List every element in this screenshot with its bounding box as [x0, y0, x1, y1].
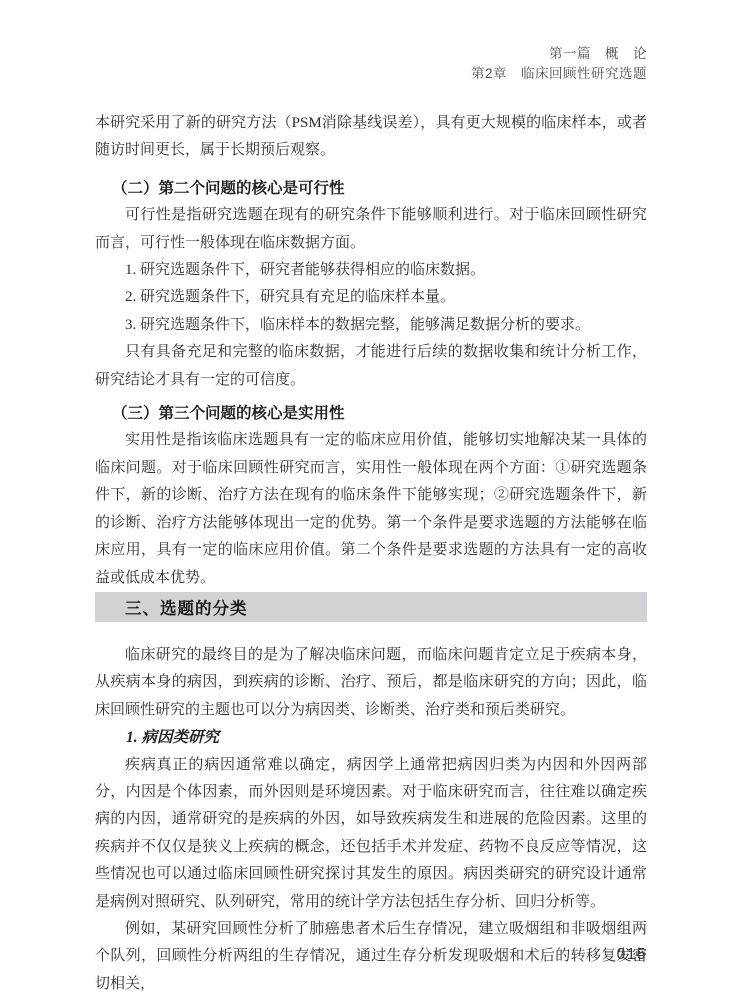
feasibility-conclusion-paragraph: 只有具备充足和完整的临床数据，才能进行后续的数据收集和统计分析工作，研究结论才具…	[95, 339, 647, 394]
heading-practicality: （三）第三个问题的核心是实用性	[95, 400, 647, 427]
continuation-paragraph: 本研究采用了新的研究方法（PSM消除基线误差），具有更大规模的临床样本，或者随访…	[95, 110, 647, 165]
practicality-paragraph: 实用性是指该临床选题具有一定的临床应用价值，能够切实地解决某一具体的临床问题。对…	[95, 427, 647, 591]
running-header-part: 第一篇 概 论	[95, 44, 647, 64]
feasibility-intro-paragraph: 可行性是指研究选题在现有的研究条件下能够顺利进行。对于临床回顾性研究而言，可行性…	[95, 202, 647, 257]
classification-intro-paragraph: 临床研究的最终目的是为了解决临床问题，而临床问题肯定立足于疾病本身，从疾病本身的…	[95, 642, 647, 724]
section-banner: 三、选题的分类	[95, 592, 647, 622]
heading-etiology-research: 1. 病因类研究	[95, 724, 647, 751]
condition-item: 2. 研究选题条件下，研究具有充足的临床样本量。	[95, 284, 647, 311]
condition-item: 1. 研究选题条件下，研究者能够获得相应的临床数据。	[95, 257, 647, 284]
etiology-paragraph-2: 例如，某研究回顾性分析了肺癌患者术后生存情况，建立吸烟组和非吸烟组两个队列，回顾…	[95, 916, 647, 998]
page-number: 015	[617, 946, 647, 964]
heading-feasibility: （二）第二个问题的核心是可行性	[95, 175, 647, 202]
running-header: 第一篇 概 论 第2章 临床回顾性研究选题	[95, 0, 647, 84]
feasibility-conditions-list: 1. 研究选题条件下，研究者能够获得相应的临床数据。 2. 研究选题条件下，研究…	[95, 257, 647, 339]
etiology-paragraph-1: 疾病真正的病因通常难以确定，病因学上通常把病因归类为内因和外因两部分，内因是个体…	[95, 752, 647, 916]
condition-item: 3. 研究选题条件下，临床样本的数据完整，能够满足数据分析的要求。	[95, 312, 647, 339]
book-page: 第一篇 概 论 第2章 临床回顾性研究选题 本研究采用了新的研究方法（PSM消除…	[0, 0, 750, 1000]
running-header-chapter: 第2章 临床回顾性研究选题	[95, 64, 647, 84]
section-banner-title: 三、选题的分类	[95, 595, 248, 619]
